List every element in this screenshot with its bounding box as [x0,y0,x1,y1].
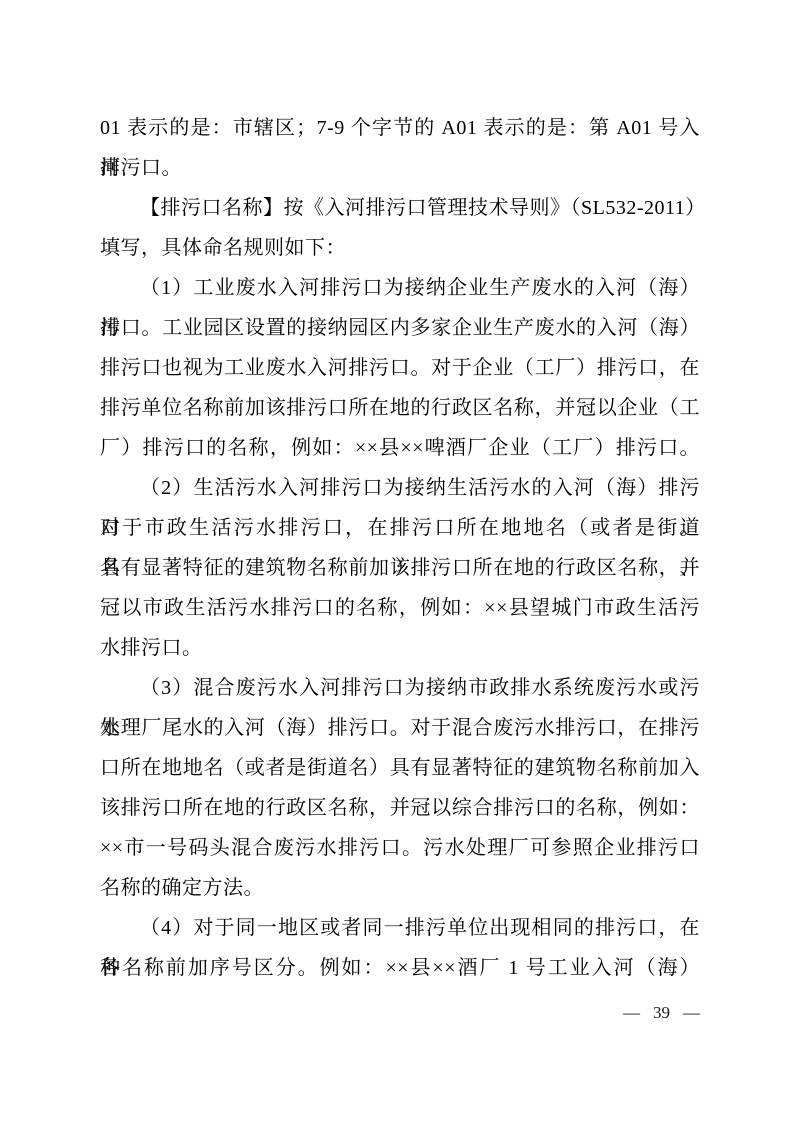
page-number: 39 [653,1002,670,1024]
text-line: 处理厂尾水的入河（海）排污口。对于混合废污水排污口，在排污 [100,708,700,748]
text-line: 冠以市政生活污水排污口的名称，例如：××县望城门市政生活污 [100,588,700,628]
text-line: 厂）排污口的名称，例如：××县××啤酒厂企业（工厂）排污口。 [100,428,700,468]
text-line: ××市一号码头混合废污水排污口。污水处理厂可参照企业排污口 [100,828,700,868]
text-line: 污口。工业园区设置的接纳园区内多家企业生产废水的入河（海） [100,308,700,348]
text-line: 该排污口所在地的行政区名称，并冠以综合排污口的名称，例如： [100,788,700,828]
text-line: 水排污口。 [100,628,700,668]
page-footer: — 39 — [100,1002,700,1024]
text-line: 填写，具体命名规则如下： [100,228,700,268]
text-line: 名称的确定方法。 [100,868,700,908]
text-line: （3）混合废污水入河排污口为接纳市政排水系统废污水或污水 [100,668,700,708]
text-line: 排污单位名称前加该排污口所在地的行政区名称，并冠以企业（工 [100,388,700,428]
text-line: 排污口也视为工业废水入河排污口。对于企业（工厂）排污口，在 [100,348,700,388]
text-line: （4）对于同一地区或者同一排污单位出现相同的排污口，在各 [100,908,700,948]
footer-left-dash: — [623,1002,640,1024]
text-line: 【排污口名称】按《入河排污口管理技术导则》（SL532-2011） [100,188,700,228]
text-line: （2）生活污水入河排污口为接纳生活污水的入河（海）排污口。 [100,468,700,508]
text-line: 排污口。 [100,148,700,188]
document-body: 01 表示的是：市辖区；7-9 个字节的 A01 表示的是：第 A01 号入河排… [100,108,700,988]
text-line: （1）工业废水入河排污口为接纳企业生产废水的入河（海）排 [100,268,700,308]
text-line: 种名称前加序号区分。例如：××县××酒厂 1 号工业入河（海） [100,948,700,988]
text-line: 对于市政生活污水排污口，在排污口所在地地名（或者是街道名）、 [100,508,700,548]
document-page: 01 表示的是：市辖区；7-9 个字节的 A01 表示的是：第 A01 号入河排… [0,0,800,1131]
text-line: 01 表示的是：市辖区；7-9 个字节的 A01 表示的是：第 A01 号入河 [100,108,700,148]
text-line: 口所在地地名（或者是街道名）具有显著特征的建筑物名称前加入 [100,748,700,788]
text-line: 具有显著特征的建筑物名称前加该排污口所在地的行政区名称，并 [100,548,700,588]
footer-right-dash: — [683,1002,700,1024]
